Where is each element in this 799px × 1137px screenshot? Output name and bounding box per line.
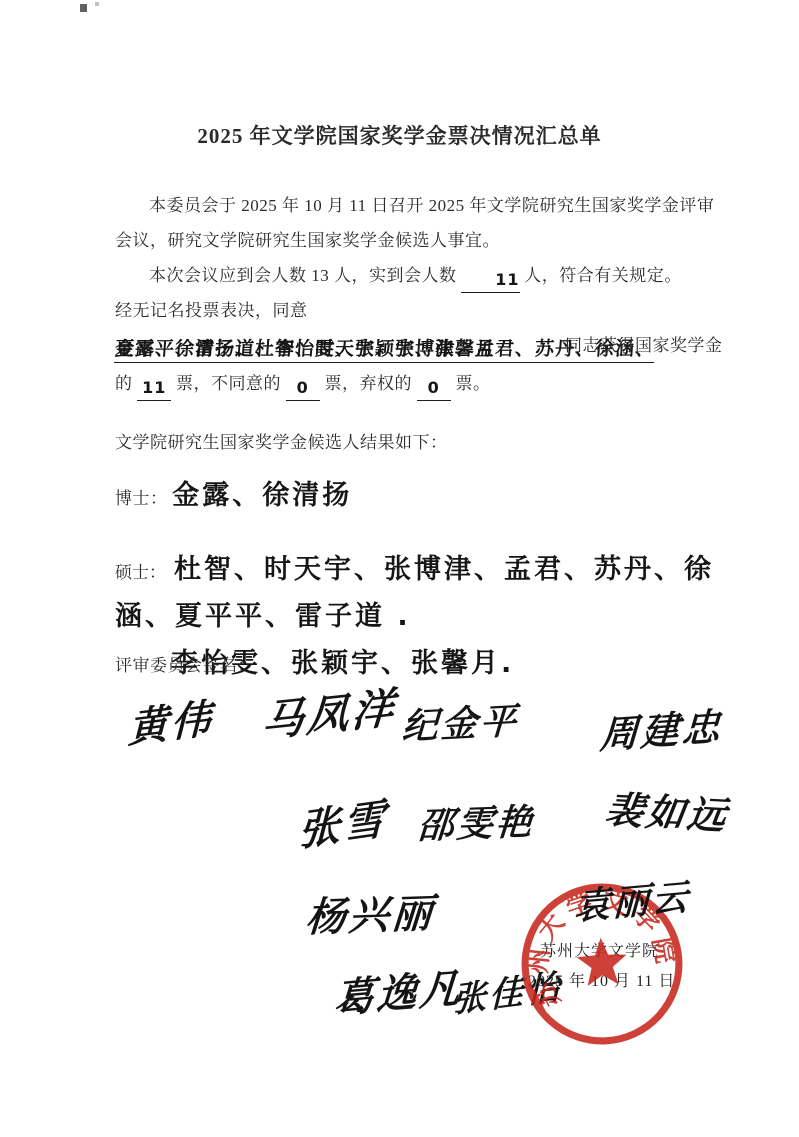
signatures-heading: 评审委员会签名： <box>115 648 723 683</box>
doctoral-label: 博士： <box>115 489 168 508</box>
signature-committee-member: 裴如远 <box>602 779 733 840</box>
doctoral-line: 博士： 金露、徐清扬 <box>115 478 723 516</box>
masters-names-line1-handwritten: 杜智、时天宇、张博津、孟君、苏丹、徐涵、夏平平、雷子道 . <box>115 554 714 632</box>
scan-artifact-mark <box>80 4 87 12</box>
scan-artifact-speck <box>95 2 99 6</box>
votes-suffix: 票。 <box>456 374 491 393</box>
vote-line-suffix: 同志获得国家奖学金 <box>565 336 723 355</box>
attendance-suffix: 人，符合有关规定。 <box>524 266 682 285</box>
paragraph-meeting-intro-text: 本委员会于 2025 年 10 月 11 日召开 2025 年文学院研究生国家奖… <box>115 196 714 250</box>
signature-committee-member: 袁丽云 <box>573 869 691 931</box>
signature-committee-member: 葛逸凡 <box>332 956 465 1025</box>
signature-committee-member: 张雪 <box>298 785 388 858</box>
results-heading: 文学院研究生国家奖学金候选人结果如下： <box>115 425 723 460</box>
approved-names-line2-handwritten: 夏平平、雷子道、李怡雯、张颖宇、张馨月 <box>114 336 566 363</box>
vote-counts-line: 的 11 票，不同意的 0 票，弃权的 0 票。 <box>115 366 723 401</box>
attendance-prefix: 本次会议应到会人数 13 人，实到会人数 <box>149 266 457 285</box>
votes-mid1: 票，不同意的 <box>176 374 281 393</box>
signature-committee-member: 黄伟 <box>128 686 214 754</box>
votes-yes-handwritten: 11 <box>137 376 171 401</box>
seal-star-icon <box>576 936 628 986</box>
scanned-document-page: 2025 年文学院国家奖学金票决情况汇总单 本委员会于 2025 年 10 月 … <box>0 0 799 1137</box>
attendee-count-handwritten: 11 <box>461 268 519 293</box>
vote-line-prefix: 经无记名投票表决，同意 <box>115 301 308 320</box>
signature-committee-member: 邵雯艳 <box>416 794 537 849</box>
document-title: 2025 年文学院国家奖学金票决情况汇总单 <box>0 120 799 150</box>
votes-abstain-handwritten: 0 <box>417 376 451 401</box>
signature-committee-member: 周建忠 <box>599 696 725 760</box>
signature-committee-member: 杨兴丽 <box>304 882 437 944</box>
votes-no-handwritten: 0 <box>286 376 320 401</box>
votes-mid2: 票，弃权的 <box>325 374 413 393</box>
doctoral-names-handwritten: 金露、徐清扬 <box>172 480 352 511</box>
votes-prefix: 的 <box>115 374 133 393</box>
masters-label: 硕士： <box>115 563 166 582</box>
signature-committee-member: 纪金平 <box>401 693 521 750</box>
paragraph-attendance: 本次会议应到会人数 13 人，实到会人数 11 人，符合有关规定。 <box>115 258 723 293</box>
paragraph-meeting-intro: 本委员会于 2025 年 10 月 11 日召开 2025 年文学院研究生国家奖… <box>115 188 723 258</box>
vote-result-line2: 夏平平、雷子道、李怡雯、张颖宇、张馨月同志获得国家奖学金 <box>115 328 723 363</box>
